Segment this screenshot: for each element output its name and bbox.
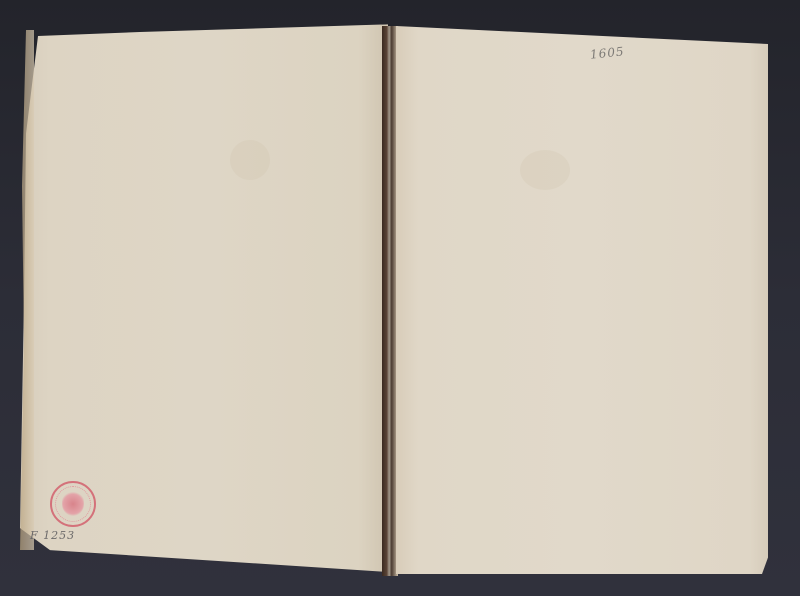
library-stamp-icon bbox=[50, 481, 96, 527]
paper-stain bbox=[230, 140, 270, 180]
book-spine-gutter bbox=[382, 26, 398, 576]
right-page bbox=[396, 26, 768, 574]
shelf-mark: F 1253 bbox=[30, 529, 75, 542]
stamp-ring bbox=[55, 486, 91, 522]
paper-stain bbox=[520, 150, 570, 190]
